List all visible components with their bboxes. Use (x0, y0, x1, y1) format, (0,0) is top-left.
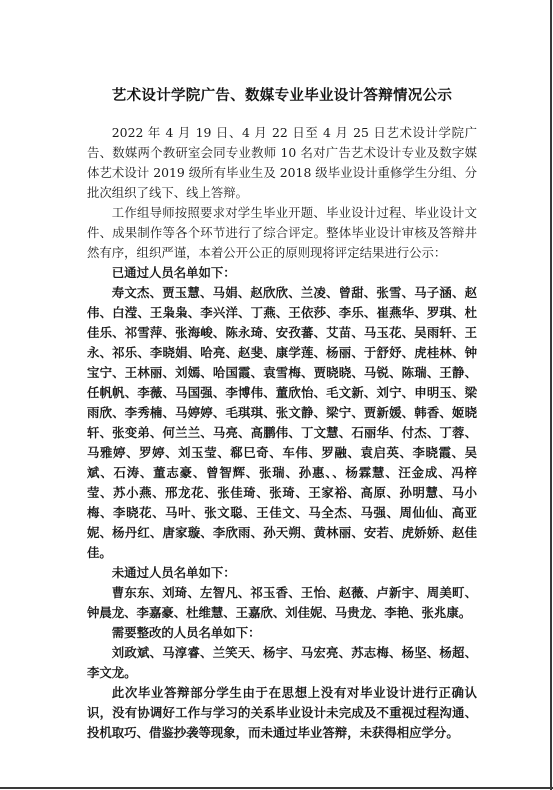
document-body: 艺术设计学院广告、数媒专业毕业设计答辩情况公示 2022 年 4 月 19 日、… (87, 84, 477, 743)
scan-edge-bottom (0, 787, 553, 789)
passed-names-list: 寿文杰、贾玉慧、马娟、赵欣欣、兰凌、曾甜、张雪、马子涵、赵伟、白滢、王枭枭、李兴… (87, 283, 477, 563)
passed-list-heading: 已通过人员名单如下： (87, 263, 477, 283)
scan-edge-right (550, 0, 552, 790)
revision-list-heading: 需要整改的人员名单如下： (87, 623, 477, 643)
revision-names-list: 刘政斌、马淳睿、兰笑天、杨宇、马宏亮、苏志梅、杨坚、杨超、李文龙。 (87, 643, 477, 683)
intro-paragraph: 2022 年 4 月 19 日、4 月 22 日至 4 月 25 日艺术设计学院… (87, 123, 477, 203)
document-title: 艺术设计学院广告、数媒专业毕业设计答辩情况公示 (77, 84, 487, 105)
evaluation-paragraph: 工作组导师按照要求对学生毕业开题、毕业设计过程、毕业设计文件、成果制作等各个环节… (87, 203, 477, 263)
closing-paragraph: 此次毕业答辩部分学生由于在思想上没有对毕业设计进行正确认识，没有协调好工作与学习… (87, 683, 477, 743)
failed-names-list: 曹东东、刘琦、左智凡、祁玉香、王怡、赵薇、卢新宇、周美町、钟晨龙、李嘉豪、杜维慧… (87, 583, 477, 623)
failed-list-heading: 未通过人员名单如下： (87, 563, 477, 583)
